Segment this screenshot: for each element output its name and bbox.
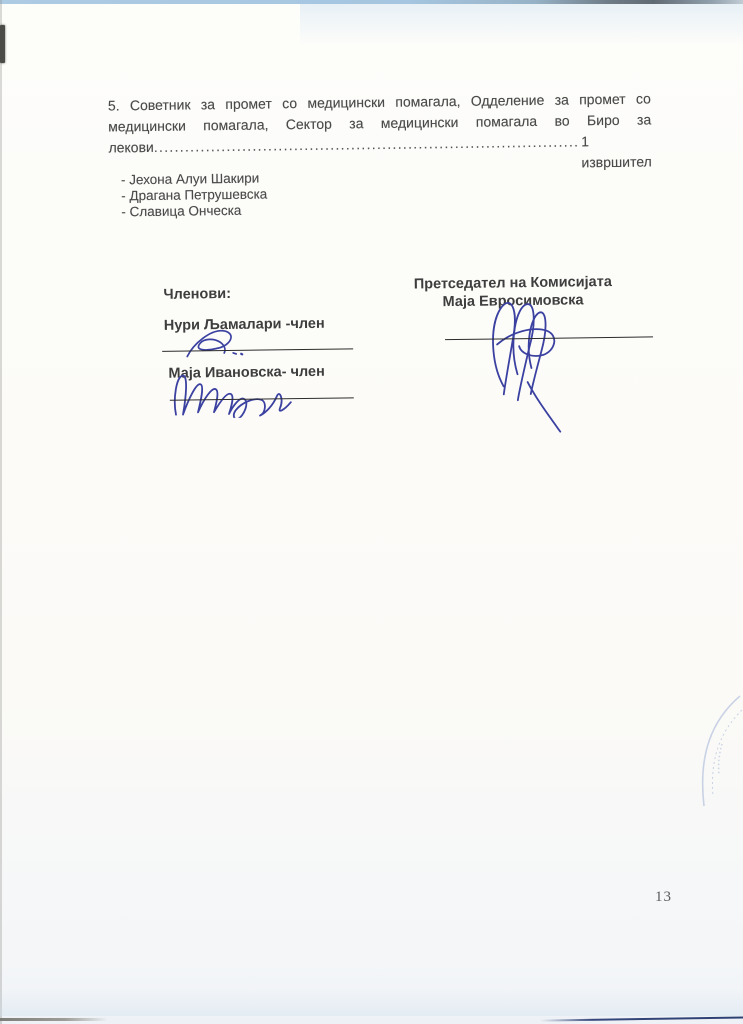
member2-name-label: Маја Ивановска- член <box>168 364 325 382</box>
page-number: 13 <box>655 889 672 906</box>
candidate-item: - Славица Онческа <box>121 202 267 220</box>
member2-signature-line <box>170 397 354 400</box>
president-signature <box>468 293 580 434</box>
member1-name-label: Нури Љамалари -член <box>164 316 325 334</box>
president-block: Претседател на Комисијата Маја Евросимов… <box>400 273 625 312</box>
president-signature-line <box>445 336 653 340</box>
document-content: 5. Советник за промет со медицински пома… <box>0 0 743 1024</box>
member1-signature-line <box>162 348 353 352</box>
vacancy-count: 1 извршител <box>581 130 652 173</box>
dotted-leader: ........................................… <box>154 131 579 158</box>
members-heading: Членови: <box>163 286 231 303</box>
president-title: Претседател на Комисијата <box>400 273 625 294</box>
scanned-document-page: 5. Советник за промет со медицински пома… <box>0 0 743 1024</box>
candidate-item: - Јехона Алуи Шакири <box>121 170 267 188</box>
president-name: Маја Евросимовска <box>400 291 625 312</box>
candidate-item: - Драгана Петрушевска <box>121 186 267 204</box>
vacancy-line-3-word: лекови <box>108 137 154 159</box>
candidate-list: - Јехона Алуи Шакири - Драгана Петрушевс… <box>121 170 268 219</box>
stamp-fragment <box>678 692 743 810</box>
vacancy-paragraph: 5. Советник за промет со медицински пома… <box>108 88 652 179</box>
